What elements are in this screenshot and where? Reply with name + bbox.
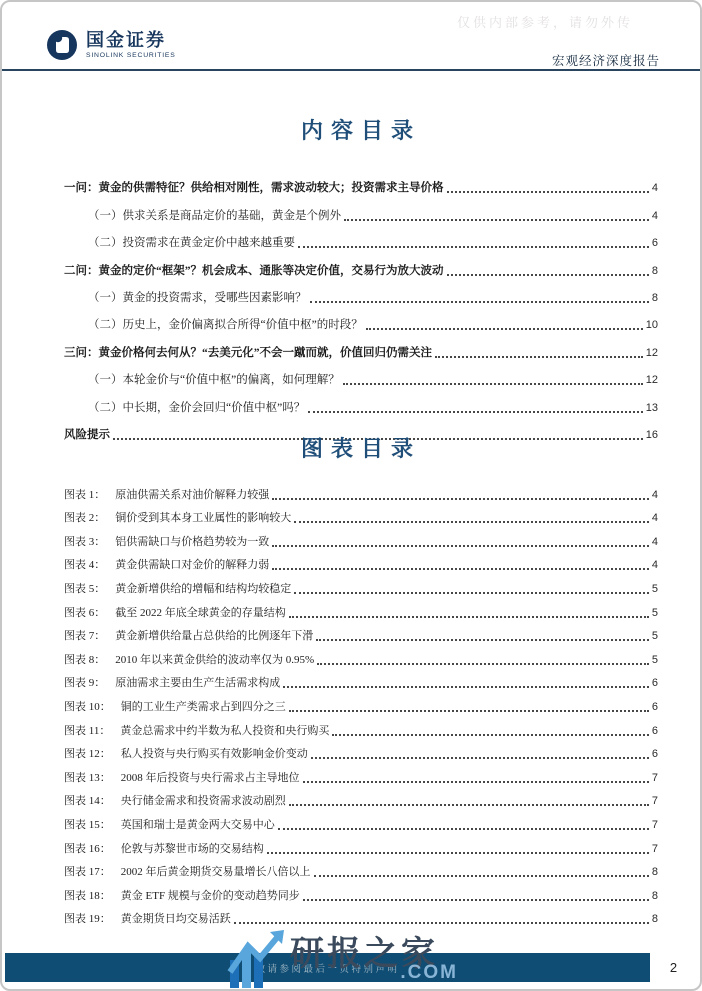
figure-entry[interactable]: 图表 5： 黄金新增供给的增幅和结构均较稳定 5 [64, 573, 658, 597]
toc-entry-label: 三问：黄金价格何去何从？“去美元化”不会一蹴而就，价值回归仍需关注 [64, 346, 432, 361]
figure-entry-label: 黄金新增供给的增幅和结构均较稳定 [115, 582, 291, 597]
toc-entry[interactable]: （一）供求关系是商品定价的基础，黄金是个例外 4 [64, 196, 658, 223]
dot-leader [308, 411, 643, 413]
sinolink-logo-icon [46, 29, 78, 61]
dot-leader [289, 616, 649, 618]
figure-entry-label: 铜的工业生产类需求占到四分之三 [121, 700, 286, 715]
figure-entry-label: 黄金期货日均交易活跃 [121, 912, 231, 927]
figure-entry-page: 7 [652, 794, 658, 809]
dot-leader [283, 686, 649, 688]
figure-entry-page: 7 [652, 842, 658, 857]
brand-name: 国金证券 [86, 31, 176, 50]
figure-entry-label: 伦敦与苏黎世市场的交易结构 [121, 842, 264, 857]
dot-leader [289, 710, 649, 712]
figure-entry-page: 4 [652, 511, 658, 526]
figure-toc-title: 图表目录 [64, 432, 658, 463]
figure-entry[interactable]: 图表 18： 黄金 ETF 规模与金价的变动趋势同步 8 [64, 880, 658, 904]
figure-entry-number: 图表 14： [64, 794, 111, 809]
figure-entry-label: 2008 年后投资与央行需求占主导地位 [121, 771, 300, 786]
content-toc-title: 内容目录 [64, 114, 658, 145]
figure-entry-page: 7 [652, 771, 658, 786]
figure-entry-page: 5 [652, 582, 658, 597]
figure-entry-number: 图表 9： [64, 676, 105, 691]
figure-entry-number: 图表 6： [64, 606, 105, 621]
figure-entry-label: 铜价受到其本身工业属性的影响较大 [115, 511, 291, 526]
dot-leader [289, 804, 649, 806]
report-page: 国金证券 SINOLINK SECURITIES 仅供内部参考，请勿外传 宏观经… [0, 0, 702, 991]
figure-entry-label: 黄金总需求中约半数为私人投资和央行购买 [120, 724, 329, 739]
figure-entry-label: 原油需求主要由生产生活需求构成 [115, 676, 280, 691]
dot-leader [303, 781, 649, 783]
dot-leader [343, 383, 643, 385]
figure-entry[interactable]: 图表 13： 2008 年后投资与央行需求占主导地位 7 [64, 762, 658, 786]
dot-leader [314, 875, 649, 877]
figure-entry-number: 图表 18： [64, 889, 111, 904]
figure-entry-number: 图表 2： [64, 511, 105, 526]
dot-leader [272, 568, 649, 570]
dot-leader [294, 521, 649, 523]
toc-entry[interactable]: （二）中长期，金价会回归“价值中枢”吗？ 13 [64, 388, 658, 415]
toc-entry-label: （二）历史上，金价偏离拟合所得“价值中枢”的时段？ [88, 318, 363, 333]
figure-entry-page: 5 [652, 606, 658, 621]
toc-entry-label: 二问：黄金的定价“框架”？机会成本、通胀等决定价值，交易行为放大波动 [64, 264, 444, 279]
figure-entry[interactable]: 图表 17： 2002 年后黄金期货交易量增长八倍以上 8 [64, 857, 658, 881]
toc-entry-label: （一）黄金的投资需求，受哪些因素影响？ [88, 291, 307, 306]
figure-entry-number: 图表 1： [64, 488, 105, 503]
toc-entry[interactable]: （一）本轮金价与“价值中枢”的偏离，如何理解？ 12 [64, 361, 658, 388]
figure-entry-label: 原油供需关系对油价解释力较强 [115, 488, 269, 503]
figure-entry-label: 黄金新增供给量占总供给的比例逐年下滑 [115, 629, 313, 644]
figure-entry-label: 黄金 ETF 规模与金价的变动趋势同步 [121, 889, 300, 904]
dot-leader [447, 274, 649, 276]
figure-entry[interactable]: 图表 12： 私人投资与央行购买有效影响金价变动 6 [64, 739, 658, 763]
toc-entry[interactable]: （一）黄金的投资需求，受哪些因素影响？ 8 [64, 279, 658, 306]
toc-entry[interactable]: （二）投资需求在黄金定价中越来越重要 6 [64, 224, 658, 251]
dot-leader [272, 498, 649, 500]
figure-entry[interactable]: 图表 2： 铜价受到其本身工业属性的影响较大 4 [64, 503, 658, 527]
figure-toc-section: 图表目录 图表 1： 原油供需关系对油价解释力较强 4 图表 2： 铜价受到其本… [64, 432, 658, 927]
dot-leader [278, 828, 649, 830]
toc-entry-page: 10 [646, 318, 658, 333]
figure-entry-number: 图表 3： [64, 535, 105, 550]
figure-entry-number: 图表 4： [64, 558, 105, 573]
figure-entry[interactable]: 图表 15： 英国和瑞士是黄金两大交易中心 7 [64, 809, 658, 833]
dot-leader [317, 663, 649, 665]
figure-entry[interactable]: 图表 10： 铜的工业生产类需求占到四分之三 6 [64, 691, 658, 715]
figure-entry-page: 4 [652, 558, 658, 573]
figure-entry-label: 央行储金需求和投资需求波动剧烈 [121, 794, 286, 809]
figure-entry-page: 4 [652, 488, 658, 503]
figure-entry-number: 图表 13： [64, 771, 111, 786]
figure-entry-page: 4 [652, 535, 658, 550]
report-type-label: 宏观经济深度报告 [552, 51, 660, 69]
figure-entry[interactable]: 图表 11： 黄金总需求中约半数为私人投资和央行购买 6 [64, 715, 658, 739]
figure-entry-page: 6 [652, 724, 658, 739]
figure-entry[interactable]: 图表 16： 伦敦与苏黎世市场的交易结构 7 [64, 833, 658, 857]
figure-entry-number: 图表 19： [64, 912, 111, 927]
figure-entry-number: 图表 5： [64, 582, 105, 597]
figure-entry-label: 英国和瑞士是黄金两大交易中心 [121, 818, 275, 833]
brand-subtitle: SINOLINK SECURITIES [86, 52, 176, 59]
dot-leader [332, 734, 649, 736]
dot-leader [267, 852, 649, 854]
figure-entry-page: 6 [652, 676, 658, 691]
figure-entry[interactable]: 图表 7： 黄金新增供给量占总供给的比例逐年下滑 5 [64, 621, 658, 645]
dot-leader [294, 592, 649, 594]
header-divider [2, 69, 700, 71]
dot-leader [272, 545, 649, 547]
figure-entry-label: 铝供需缺口与价格趋势较为一致 [115, 535, 269, 550]
figure-entry-page: 5 [652, 629, 658, 644]
figure-entry-label: 黄金供需缺口对金价的解释力弱 [115, 558, 269, 573]
figure-entry-number: 图表 16： [64, 842, 111, 857]
internal-use-watermark: 仅供内部参考，请勿外传 [457, 12, 697, 31]
toc-entry-page: 12 [646, 373, 658, 388]
toc-entry-page: 8 [652, 264, 658, 279]
figure-entry[interactable]: 图表 8： 2010 年以来黄金供给的波动率仅为 0.95% 5 [64, 644, 658, 668]
dot-leader [366, 328, 643, 330]
figure-entry[interactable]: 图表 9： 原油需求主要由生产生活需求构成 6 [64, 668, 658, 692]
dot-leader [447, 191, 649, 193]
figure-entry-page: 8 [652, 889, 658, 904]
toc-entry-label: （二）中长期，金价会回归“价值中枢”吗？ [88, 401, 305, 416]
brand-logo-block: 国金证券 SINOLINK SECURITIES [46, 29, 176, 61]
dot-leader [311, 757, 649, 759]
figure-entry-number: 图表 10： [64, 700, 111, 715]
figure-entry-number: 图表 7： [64, 629, 105, 644]
toc-entry-page: 4 [652, 181, 658, 196]
toc-entry-label: （一）本轮金价与“价值中枢”的偏离，如何理解？ [88, 373, 340, 388]
toc-entry-page: 6 [652, 236, 658, 251]
figure-toc-list: 图表 1： 原油供需关系对油价解释力较强 4 图表 2： 铜价受到其本身工业属性… [64, 479, 658, 927]
figure-entry-number: 图表 15： [64, 818, 111, 833]
figure-entry[interactable]: 图表 14： 央行储金需求和投资需求波动剧烈 7 [64, 786, 658, 810]
figure-entry-label: 截至 2022 年底全球黄金的存量结构 [115, 606, 286, 621]
footer-page-number: 2 [650, 953, 697, 982]
figure-entry-label: 2002 年后黄金期货交易量增长八倍以上 [121, 865, 311, 880]
toc-entry-page: 13 [646, 401, 658, 416]
toc-entry[interactable]: 二问：黄金的定价“框架”？机会成本、通胀等决定价值，交易行为放大波动 8 [64, 251, 658, 278]
content-toc-list: 一问：黄金的供需特征？供给相对刚性，需求波动较大；投资需求主导价格 4 （一）供… [64, 169, 658, 443]
dot-leader [310, 301, 649, 303]
figure-entry[interactable]: 图表 3： 铝供需缺口与价格趋势较为一致 4 [64, 526, 658, 550]
toc-entry[interactable]: 三问：黄金价格何去何从？“去美元化”不会一蹴而就，价值回归仍需关注 12 [64, 333, 658, 360]
figure-entry-number: 图表 8： [64, 653, 105, 668]
site-watermark-domain: .COM [400, 962, 458, 984]
dot-leader [316, 639, 649, 641]
toc-entry-label: （二）投资需求在黄金定价中越来越重要 [88, 236, 295, 251]
toc-entry-page: 4 [652, 209, 658, 224]
figure-entry-number: 图表 11： [64, 724, 110, 739]
figure-entry-number: 图表 12： [64, 747, 111, 762]
figure-entry-page: 8 [652, 865, 658, 880]
figure-entry[interactable]: 图表 6： 截至 2022 年底全球黄金的存量结构 5 [64, 597, 658, 621]
figure-entry-page: 6 [652, 747, 658, 762]
figure-entry[interactable]: 图表 1： 原油供需关系对油价解释力较强 4 [64, 479, 658, 503]
figure-entry-label: 私人投资与央行购买有效影响金价变动 [121, 747, 308, 762]
figure-entry[interactable]: 图表 4： 黄金供需缺口对金价的解释力弱 4 [64, 550, 658, 574]
toc-entry[interactable]: （二）历史上，金价偏离拟合所得“价值中枢”的时段？ 10 [64, 306, 658, 333]
figure-entry-page: 8 [652, 912, 658, 927]
dot-leader [303, 899, 649, 901]
dot-leader [435, 356, 643, 358]
toc-entry-label: （一）供求关系是商品定价的基础，黄金是个例外 [88, 209, 341, 224]
content-toc-section: 内容目录 一问：黄金的供需特征？供给相对刚性，需求波动较大；投资需求主导价格 4… [64, 114, 658, 443]
toc-entry-page: 8 [652, 291, 658, 306]
site-watermark: 研报之家 .COM [226, 924, 476, 988]
dot-leader [344, 219, 649, 221]
figure-entry-page: 6 [652, 700, 658, 715]
toc-entry-page: 12 [646, 346, 658, 361]
dot-leader [298, 246, 649, 248]
chart-arrow-icon [226, 926, 288, 988]
toc-entry[interactable]: 一问：黄金的供需特征？供给相对刚性，需求波动较大；投资需求主导价格 4 [64, 169, 658, 196]
figure-entry-label: 2010 年以来黄金供给的波动率仅为 0.95% [115, 653, 314, 668]
figure-entry-page: 7 [652, 818, 658, 833]
figure-entry-page: 5 [652, 653, 658, 668]
toc-entry-label: 一问：黄金的供需特征？供给相对刚性，需求波动较大；投资需求主导价格 [64, 181, 444, 196]
figure-entry-number: 图表 17： [64, 865, 111, 880]
